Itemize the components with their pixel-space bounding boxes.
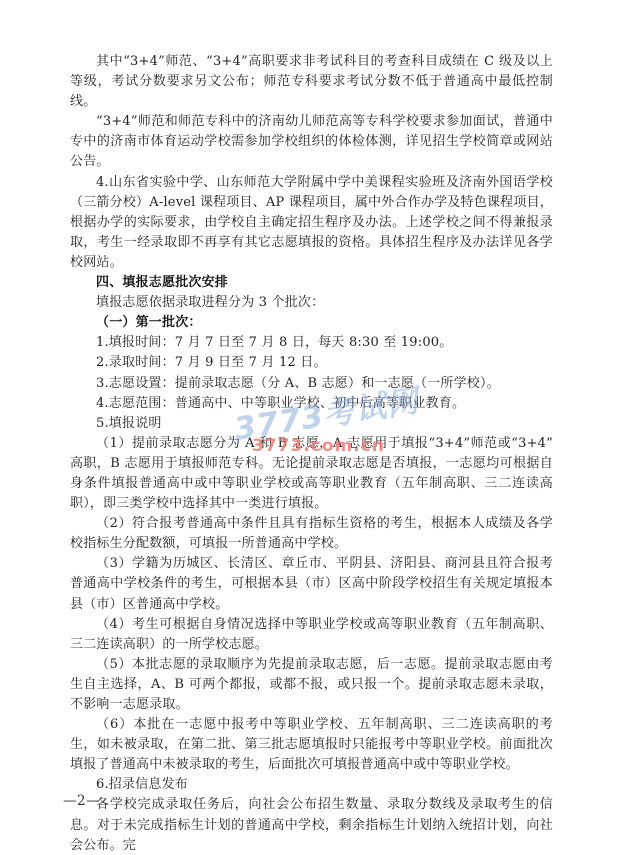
paragraph: 各学校完成录取任务后，向社会公布招生数量、录取分数线及录取考生的信息。对于未完成… xyxy=(70,795,553,855)
list-item-preference-scope: 4.志愿范围：普通高中、中等职业学校、初中后高等职业教育。 xyxy=(70,394,553,414)
list-item-info-release: 6.招录信息发布 xyxy=(70,775,553,795)
subsection-heading-batch-1: （一）第一批次： xyxy=(70,313,553,333)
paragraph: 其中“3+4”师范、“3+4”高职要求非考试科目的考查科目成绩在 C 级及以上等… xyxy=(70,52,553,112)
sub-item-2: （2）符合报考普通高中条件且具有指标生资格的考生，根据本人成绩及各学校指标生分配… xyxy=(70,514,553,554)
list-item-admission-time: 2.录取时间：7 月 9 日至 7 月 12 日。 xyxy=(70,353,553,373)
sub-item-1: （1）提前录取志愿分为 A 和 B 志愿，A 志愿用于填报“3+4”师范或“3+… xyxy=(70,434,553,514)
paragraph: “3+4”师范和师范专科中的济南幼儿师范高等专科学校要求参加面试，普通中专中的济… xyxy=(70,112,553,172)
sub-item-6: （6）本批在一志愿中报考中等职业学校、五年制高职、三二连读高职的考生，如未被录取… xyxy=(70,715,553,775)
page-number: —2— xyxy=(63,793,100,809)
document-body: 其中“3+4”师范、“3+4”高职要求非考试科目的考查科目成绩在 C 级及以上等… xyxy=(70,52,553,855)
paragraph: 填报志愿依据录取进程分为 3 个批次： xyxy=(70,293,553,313)
list-item-fill-time: 1.填报时间：7 月 7 日至 7 月 8 日，每天 8:30 至 19:00。 xyxy=(70,333,553,353)
sub-item-3: （3）学籍为历城区、长清区、章丘市、平阴县、济阳县、商河县且符合报考普通高中学校… xyxy=(70,554,553,614)
sub-item-5: （5）本批志愿的录取顺序为先提前录取志愿，后一志愿。提前录取志愿由考生自主选择，… xyxy=(70,655,553,715)
sub-item-4: （4）考生可根据自身情况选择中等职业学校或高等职业教育（五年制高职、三二连读高职… xyxy=(70,615,553,655)
list-item-preference-setup: 3.志愿设置：提前录取志愿（分 A、B 志愿）和一志愿（一所学校）。 xyxy=(70,374,553,394)
document-page: 其中“3+4”师范、“3+4”高职要求非考试科目的考查科目成绩在 C 级及以上等… xyxy=(0,0,620,855)
paragraph: 4.山东省实验中学、山东师范大学附属中学中美课程实验班及济南外国语学校（三箭分校… xyxy=(70,173,553,273)
section-heading-4: 四、填报志愿批次安排 xyxy=(70,273,553,293)
list-item-fill-instructions: 5.填报说明 xyxy=(70,414,553,434)
